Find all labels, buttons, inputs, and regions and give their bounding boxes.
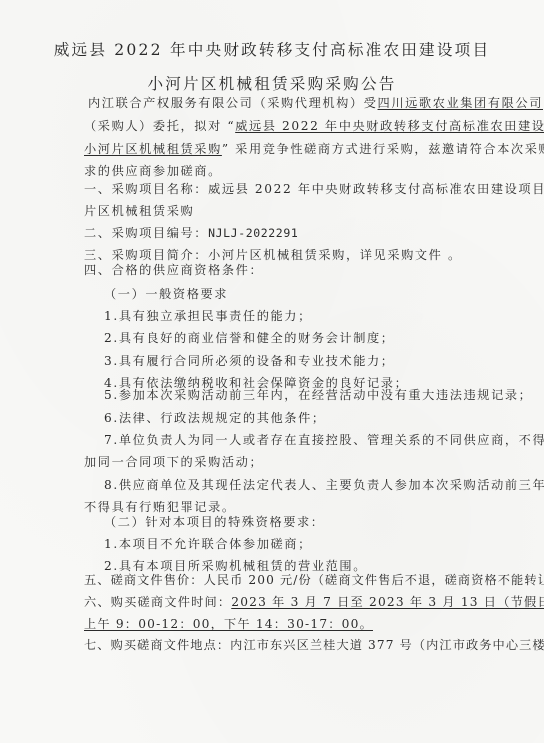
project-name-underlined-cont: 小河片区机械租赁采购 [84,142,222,156]
section-1-line-2: 片区机械租赁采购 [84,203,194,219]
general-req-8-line-2: 不得具有行贿犯罪记录。 [84,499,236,515]
section-5: 五、磋商文件售价：人民币 200 元/份（磋商文件售后不退，磋商资格不能转让）。 [84,572,544,588]
section-6-line-1: 六、购买磋商文件时间：2023 年 3 月 7 日至 2023 年 3 月 13… [84,594,544,610]
general-req-7-line-2: 加同一合同项下的采购活动； [84,454,263,470]
general-req-6: 6.法律、行政法规规定的其他条件； [104,410,326,426]
intro-entrust-text: （采购人）委托，拟对 “ [84,119,235,133]
section-4-heading: 四、合格的供应商资格条件： [84,262,263,278]
section-3: 三、采购项目简介：小河片区机械租赁采购，详见采购文件 。 [84,247,462,263]
purchase-time-label: 六、购买磋商文件时间： [84,595,231,609]
purchaser-name: 四川远歌农业集团有限公司 [378,96,543,110]
special-req-1: 1.本项目不允许联合体参加磋商； [104,536,312,552]
document-title-line-1: 威远县 2022 年中央财政转移支付高标准农田建设项目 [0,40,544,60]
general-req-5: 5.参加本次采购活动前三年内，在经营活动中没有重大违法违规记录； [104,387,532,403]
general-req-2: 2.具有良好的商业信誉和健全的财务会计制度； [104,330,395,346]
intro-agent-text: 内江联合产权服务有限公司（采购代理机构）受 [88,96,378,110]
general-req-1: 1.具有独立承担民事责任的能力； [104,308,312,324]
purchase-time-hours: 上午 9：00-12：00，下午 14：30-17：00。 [84,617,373,631]
purchase-time-dates: 2023 年 3 月 7 日至 2023 年 3 月 13 日（节假日除外）， [231,595,544,609]
section-6-line-2: 上午 9：00-12：00，下午 14：30-17：00。 [84,616,373,632]
general-req-3: 3.具有履行合同所必须的设备和专业技术能力； [104,353,395,369]
project-name-underlined: 威远县 2022 年中央财政转移支付高标准农田建设项目 [235,119,544,133]
intro-line-3: 小河片区机械租赁采购” 采用竞争性磋商方式进行采购，兹邀请符合本次采购要 [84,141,544,157]
section-2: 二、采购项目编号：NJLJ-2022291 [84,225,298,241]
project-number-value: NJLJ-2022291 [208,226,298,240]
section-1-line-1: 一、采购项目名称：威远县 2022 年中央财政转移支付高标准农田建设项目小河 [84,181,544,197]
general-req-8-line-1: 8.供应商单位及其现任法定代表人、主要负责人参加本次采购活动前三年内 [104,477,544,493]
document-title-line-2: 小河片区机械租赁采购采购公告 [0,74,544,94]
intro-line-4: 求的供应商参加磋商。 [84,163,222,179]
intro-method-text: ” 采用竞争性磋商方式进行采购，兹邀请符合本次采购要 [222,142,544,156]
document-page: 威远县 2022 年中央财政转移支付高标准农田建设项目 小河片区机械租赁采购采购… [0,0,544,743]
section-7: 七、购买磋商文件地点：内江市东兴区兰桂大道 377 号（内江市政务中心三楼 [84,637,544,653]
intro-line-1: 内江联合产权服务有限公司（采购代理机构）受四川远歌农业集团有限公司 [88,95,543,111]
special-requirements-heading: （二）针对本项目的特殊资格要求： [104,514,325,530]
general-requirements-heading: （一）一般资格要求 [104,286,228,302]
intro-line-2: （采购人）委托，拟对 “威远县 2022 年中央财政转移支付高标准农田建设项目 [84,118,544,134]
general-req-7-line-1: 7.单位负责人为同一人或者存在直接控股、管理关系的不同供应商，不得参 [104,432,544,448]
project-number-label: 二、采购项目编号： [84,226,208,240]
